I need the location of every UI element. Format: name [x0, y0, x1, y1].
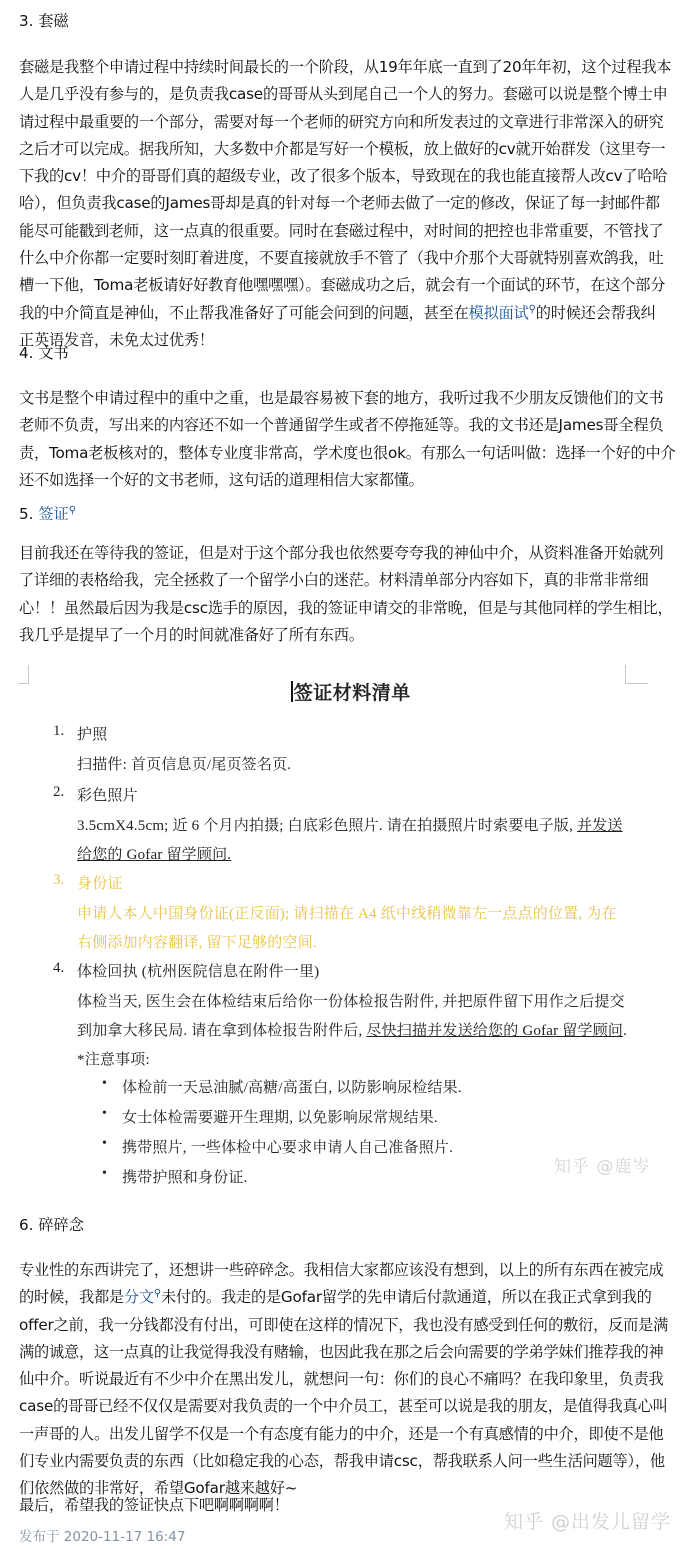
text-line: 目前我还在等待我的签证，但是对于这个部分我也依然要夸夸我的神仙中介，从资料准备开… — [19, 540, 677, 567]
bullet-icon: • — [102, 1106, 107, 1122]
heading-number: 6. — [19, 1216, 34, 1234]
item-title: 护照 — [77, 723, 107, 744]
text-line: 什么中介你都一定要时刻盯着进度，不要直接就放手不管了（我中介那个大哥就特别喜欢鸽… — [19, 245, 677, 272]
item-title: 身份证 — [77, 872, 123, 893]
heading-number: 5. — [19, 505, 34, 523]
paragraph-section-3: 套磁是我整个申请过程中持续时间最长的一个阶段，从19年年底一直到了20年年初，这… — [19, 54, 677, 354]
text-line: 满的诚意，这一点真的让我觉得我没有赌输，也因此我在那之后会向需要的学弟学妹们推荐… — [19, 1339, 677, 1366]
section-heading-5: 5. 签证⚲ — [19, 501, 76, 528]
text-line: 能尽可能戳到老师，这一点真的很重要。同时在套磁过程中，对时间的把控也非常重要，不… — [19, 218, 677, 245]
heading-number: 3. — [19, 12, 34, 30]
underlined-text: 并发送 — [577, 818, 623, 834]
text-line: 套磁是我整个申请过程中持续时间最长的一个阶段，从19年年底一直到了20年年初，这… — [19, 54, 677, 81]
image-watermark: 知乎 @鹿岑 — [554, 1152, 650, 1177]
note-item: 携带照片, 一些体检中心要求申请人自己准备照片. — [122, 1136, 453, 1157]
visa-checklist-image: 签证材料清单 1. 护照 扫描件: 首页信息页/尾页签名页. 2. 彩色照片 3… — [10, 660, 692, 1200]
section-heading-4: 4. 文书 — [19, 340, 69, 367]
text-line: case的哥哥已经不仅仅是需要对我负责的一个中介员工，甚至可以说是我的朋友，是值… — [19, 1393, 677, 1420]
link-mock-interview[interactable]: 模拟面试 — [469, 304, 529, 322]
text-line: 之后才可以完成。据我所知，大多数中介都是写好一个模板，放上做好的cv就开始群发（… — [19, 136, 677, 163]
text-line: 槽一下他，Toma老板请好好教育他嘿嘿嘿）。套磁成功之后，就会有一个面试的环节，… — [19, 272, 677, 299]
text-line: 了详细的表格给我，完全拯救了一个留学小白的迷茫。材料清单部分内容如下，真的非常非… — [19, 567, 677, 594]
underlined-text: 给您的 Gofar 留学顾问. — [77, 843, 231, 864]
text-line: 下我的cv！中介的哥哥们真的超级专业，改了很多个版本，导致现在的我也能直接帮人改… — [19, 163, 677, 190]
link-fenwen[interactable]: 分文 — [124, 1288, 154, 1306]
paragraph-section-5: 目前我还在等待我的签证，但是对于这个部分我也依然要夸夸我的神仙中介，从资料准备开… — [19, 540, 677, 649]
heading-text: 文书 — [38, 344, 68, 362]
text-line: 心！！虽然最后因为我是csc选手的原因，我的签证申请交的非常晚，但是与其他同样的… — [19, 595, 677, 622]
heading-number: 4. — [19, 344, 34, 362]
note-item: 携带护照和身份证. — [122, 1166, 248, 1187]
item-number: 3. — [53, 872, 64, 889]
text-line: 文书是整个申请过程中的重中之重，也是最容易被下套的地方，我听过我不少朋友反馈他们… — [19, 385, 677, 412]
text-span: 3.5cmX4.5cm; 近 6 个月内拍摄; 白底彩色照片. 请在拍摄照片时索… — [77, 818, 577, 834]
heading-text: 套磁 — [38, 12, 68, 30]
text-line: offer之前，我一分钱都没有付出，可即使在这样的情况下，我也没有感受到任何的敷… — [19, 1312, 677, 1339]
text-line: 老师不负责，写出来的内容还不如一个普通留学生或者不停拖延等。我的文书还是Jame… — [19, 412, 677, 439]
item-desc: 右侧添加内容翻译, 留下足够的空间. — [77, 931, 317, 952]
text-span: 的时候，我都是 — [19, 1288, 124, 1306]
note-item: 体检前一天忌油腻/高糖/高蛋白, 以防影响尿检结果. — [122, 1076, 462, 1097]
item-desc: 到加拿大移民局. 请在拿到体检报告附件后, 尽快扫描并发送给您的 Gofar 留… — [77, 1019, 627, 1040]
text-line: 哈），但负责我case的James哥却是真的针对每一个老师去做了一定的修改，保证… — [19, 190, 677, 217]
item-desc: 3.5cmX4.5cm; 近 6 个月内拍摄; 白底彩色照片. 请在拍摄照片时索… — [77, 814, 623, 835]
item-desc: 扫描件: 首页信息页/尾页签名页. — [77, 753, 291, 774]
text-line: 我的中介简直是神仙，不止帮我准备好了可能会问到的问题，甚至在模拟面试⚲的时候还会… — [19, 300, 677, 327]
text-span: 的时候还会帮我纠 — [536, 304, 656, 322]
text-line: 还不如选择一个好的文书老师，这句话的道理相信大家都懂。 — [19, 467, 677, 494]
text-line: 正英语发音，未免太过优秀！ — [19, 327, 677, 354]
text-cursor — [291, 681, 293, 702]
text-line: 我几乎是提早了一个月的时间就准备好了所有东西。 — [19, 622, 677, 649]
text-line: 责，Toma老板核对的，整体专业度非常高，学术度也很ok。有那么一句话叫做：选择… — [19, 440, 677, 467]
link-visa[interactable]: 签证 — [38, 505, 68, 523]
text-span: 到加拿大移民局. 请在拿到体检报告附件后, — [77, 1023, 366, 1039]
search-icon[interactable]: ⚲ — [154, 1288, 161, 1299]
item-title: 彩色照片 — [77, 784, 138, 805]
item-desc: 申请人本人中国身份证(正反面); 请扫描在 A4 纸中线稍微靠左一点点的位置, … — [77, 902, 617, 923]
text-line: 的时候，我都是分文⚲未付的。我走的是Gofar留学的先申请后付款通道，所以在我正… — [19, 1284, 677, 1311]
text-line: 专业性的东西讲完了，还想讲一些碎碎念。我相信大家都应该没有想到，以上的所有东西在… — [19, 1257, 677, 1284]
text-span: . — [623, 1023, 627, 1039]
text-line: 一声哥的人。出发儿留学不仅是一个有态度有能力的中介，还是一个有真感情的中介，即使… — [19, 1421, 677, 1448]
text-span: 未付的。我走的是Gofar留学的先申请后付款通道，所以在我正式拿到我的 — [161, 1288, 652, 1306]
note-item: 女士体检需要避开生理期, 以免影响尿常规结果. — [122, 1106, 438, 1127]
item-desc: 体检当天, 医生会在体检结束后给你一份体检报告附件, 并把原件留下用作之后提交 — [77, 990, 625, 1011]
text-line: 请过程中最重要的一个部分，需要对每一个老师的研究方向和所发表过的文章进行非常深入… — [19, 109, 677, 136]
search-icon[interactable]: ⚲ — [529, 304, 536, 315]
doc-title-text: 签证材料清单 — [294, 683, 411, 704]
notes-label: *注意事项: — [77, 1048, 150, 1069]
item-number: 1. — [53, 723, 64, 740]
section-heading-6: 6. 碎碎念 — [19, 1212, 84, 1239]
item-number: 2. — [53, 784, 64, 801]
heading-text: 碎碎念 — [38, 1216, 84, 1234]
doc-title: 签证材料清单 — [10, 678, 692, 705]
text-line: 仙中介。听说最近有不少中介在黑出发儿，就想问一句：你们的良心不痛吗？在我印象里，… — [19, 1366, 677, 1393]
publish-date: 发布于 2020-11-17 16:47 — [19, 1525, 185, 1545]
section-heading-3: 3. 套磁 — [19, 8, 69, 35]
text-span: 我的中介简直是神仙，不止帮我准备好了可能会问到的问题，甚至在 — [19, 304, 469, 322]
paragraph-section-4: 文书是整个申请过程中的重中之重，也是最容易被下套的地方，我听过我不少朋友反馈他们… — [19, 385, 677, 494]
bullet-icon: • — [102, 1166, 107, 1182]
underlined-text: 尽快扫描并发送给您的 Gofar 留学顾问 — [366, 1023, 623, 1039]
search-icon[interactable]: ⚲ — [69, 505, 76, 516]
text-line: 人是几乎没有参与的，是负责我case的哥哥从头到尾自己一个人的努力。套磁可以说是… — [19, 81, 677, 108]
paragraph-section-6: 专业性的东西讲完了，还想讲一些碎碎念。我相信大家都应该没有想到，以上的所有东西在… — [19, 1257, 677, 1503]
text-line: 们专业内需要负责的东西（比如稳定我的心态，帮我申请csc，帮我联系人问一些生活问… — [19, 1448, 677, 1475]
footer-watermark: 知乎 @出发儿留学 — [504, 1507, 671, 1534]
item-title: 体检回执 (杭州医院信息在附件一里) — [77, 960, 319, 981]
bullet-icon: • — [102, 1136, 107, 1152]
item-number: 4. — [53, 960, 64, 977]
bullet-icon: • — [102, 1076, 107, 1092]
